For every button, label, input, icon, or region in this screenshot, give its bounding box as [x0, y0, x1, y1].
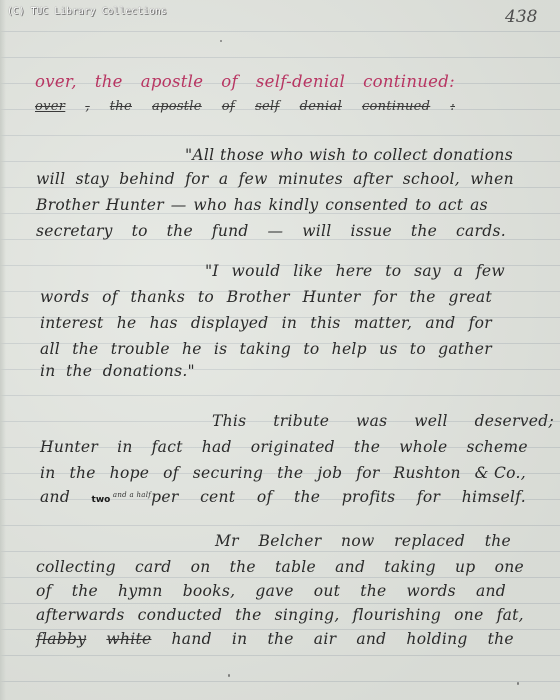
word: the	[360, 582, 386, 600]
red-title-line: over, the apostle of self-denial continu…	[35, 72, 455, 91]
word: donations	[433, 146, 513, 164]
word: fund	[212, 222, 249, 240]
word: table	[275, 558, 316, 576]
word: the	[66, 362, 92, 380]
word: and	[356, 630, 386, 648]
word: the	[409, 288, 435, 306]
word: help	[332, 340, 367, 358]
word: the	[235, 606, 261, 624]
word: words	[407, 582, 456, 600]
word: & Co.,	[475, 464, 526, 482]
word: Brother	[227, 288, 290, 306]
word: tribute	[273, 412, 329, 430]
word: collect	[374, 146, 428, 164]
text-line: allthetroubleheistakingtohelpustogather	[40, 340, 492, 358]
text-line: MrBelchernowreplacedthe	[215, 532, 511, 550]
word: in	[40, 362, 56, 380]
word: out	[314, 582, 340, 600]
word: securing	[193, 464, 263, 482]
struck-word: the	[110, 99, 132, 114]
word: he	[117, 314, 137, 332]
word: and	[476, 582, 506, 600]
word: words	[40, 288, 89, 306]
word: for	[185, 170, 208, 188]
word: great	[449, 288, 492, 306]
word: trouble	[111, 340, 170, 358]
text-line: ofthehymnbooks,gaveoutthewordsand	[36, 582, 506, 600]
word: in	[232, 630, 248, 648]
word: matter,	[354, 314, 412, 332]
text-line: "Iwouldlikeheretosayafew	[205, 262, 505, 280]
word: taking	[384, 558, 436, 576]
word: kindly	[269, 196, 319, 214]
word: "All	[185, 146, 214, 164]
text-line: flabbywhitehandintheairandholdingthe	[36, 630, 514, 648]
struck-word: flabby	[36, 630, 86, 648]
word: air	[314, 630, 337, 648]
word: This	[212, 412, 246, 430]
text-line: inthehopeofsecuringthejobforRushton& Co.…	[40, 464, 526, 482]
struck-word: denial	[300, 99, 342, 114]
word: us	[379, 340, 398, 358]
text-line: Thistributewaswelldeserved;	[212, 412, 554, 430]
word: originated	[251, 438, 335, 456]
word: of	[36, 582, 52, 600]
word-remainder: per	[151, 488, 178, 506]
word: scheme	[466, 438, 527, 456]
word: the	[69, 464, 95, 482]
word: and	[425, 314, 455, 332]
word: "I	[205, 262, 219, 280]
word: a	[219, 170, 229, 188]
word: well	[414, 412, 448, 430]
word: the	[267, 630, 293, 648]
word: for	[356, 464, 379, 482]
page-edge-shadow	[0, 0, 6, 700]
word: stay	[76, 170, 109, 188]
word: of	[163, 464, 179, 482]
struck-word: continued	[362, 99, 430, 114]
word: Hunter	[40, 438, 98, 456]
word: the	[411, 222, 437, 240]
word: who	[193, 196, 226, 214]
word: to	[410, 340, 426, 358]
word: profits	[342, 488, 396, 506]
word: thanks	[131, 288, 186, 306]
manuscript-page: (C) TUC Library Collections 438 over, th…	[0, 0, 560, 700]
word: cent	[200, 488, 235, 506]
word: in	[40, 464, 56, 482]
paper-speck	[220, 40, 222, 42]
word: collecting	[36, 558, 116, 576]
word: and	[335, 558, 365, 576]
paper-speck	[517, 682, 519, 685]
word: to	[198, 288, 214, 306]
word: donations."	[103, 362, 195, 380]
text-line: collectingcardonthetableandtakingupone	[36, 558, 524, 576]
word: job	[317, 464, 342, 482]
text-line: andtwo and a halfpercentoftheprofitsforh…	[40, 488, 526, 506]
word: to	[415, 196, 431, 214]
word: displayed	[191, 314, 269, 332]
word: school,	[403, 170, 460, 188]
word: the	[72, 340, 98, 358]
word: the	[485, 532, 511, 550]
word: minutes	[278, 170, 343, 188]
struck-title-line: over , the apostle of self denial contin…	[35, 99, 455, 114]
word: was	[356, 412, 387, 430]
word: this	[310, 314, 340, 332]
title-word: over,	[35, 72, 77, 91]
word: interest	[40, 314, 104, 332]
word: those	[220, 146, 264, 164]
word: now	[341, 532, 374, 550]
struck-word: ,	[85, 99, 89, 114]
text-line: inthedonations."	[40, 362, 195, 380]
word: hymn	[118, 582, 163, 600]
word: in	[282, 314, 298, 332]
word: one	[454, 606, 483, 624]
word: himself.	[462, 488, 526, 506]
word: —	[171, 196, 187, 214]
word: to	[385, 262, 401, 280]
word: cards.	[456, 222, 506, 240]
word: as	[470, 196, 488, 214]
text-line: "Allthosewhowishtocollectdonations	[185, 146, 513, 164]
struck-word: over	[35, 99, 65, 114]
struck-word: of	[222, 99, 235, 114]
paper-speck	[228, 674, 230, 677]
text-line: willstaybehindforafewminutesafterschool,…	[36, 170, 514, 188]
word: had	[202, 438, 232, 456]
word: like	[293, 262, 323, 280]
word: on	[191, 558, 211, 576]
word: card	[135, 558, 171, 576]
word: afterwards	[36, 606, 125, 624]
word: consented	[325, 196, 408, 214]
word: for	[417, 488, 440, 506]
word: conducted	[138, 606, 223, 624]
word: wish	[309, 146, 346, 164]
word: of	[257, 488, 273, 506]
word: for	[469, 314, 492, 332]
word: is	[214, 340, 228, 358]
word: act	[438, 196, 463, 214]
word: fact	[152, 438, 183, 456]
word: Belcher	[259, 532, 322, 550]
word: —	[268, 222, 284, 240]
word: after	[353, 170, 392, 188]
word: hope	[110, 464, 150, 482]
word: has	[234, 196, 262, 214]
word: gave	[255, 582, 293, 600]
word: the	[277, 464, 303, 482]
word: fat,	[497, 606, 524, 624]
word: all	[40, 340, 60, 358]
word: a	[454, 262, 464, 280]
word: few	[476, 262, 505, 280]
word: the	[230, 558, 256, 576]
word: to	[132, 222, 148, 240]
word: say	[414, 262, 441, 280]
word: the	[72, 582, 98, 600]
word: he	[182, 340, 202, 358]
word: singing,	[275, 606, 340, 624]
text-line: wordsofthankstoBrotherHunterforthegreat	[40, 288, 492, 306]
text-line: interesthehasdisplayedinthismatter,andfo…	[40, 314, 492, 332]
word: behind	[119, 170, 175, 188]
word: to	[352, 146, 368, 164]
word: taking	[240, 340, 292, 358]
word: Hunter	[106, 196, 164, 214]
word: issue	[350, 222, 392, 240]
word: the	[294, 488, 320, 506]
word: will	[302, 222, 331, 240]
title-word: continued:	[363, 72, 455, 91]
word: of	[102, 288, 118, 306]
word: Mr	[215, 532, 239, 550]
title-word: the	[95, 72, 123, 91]
word: for	[373, 288, 396, 306]
word: holding	[406, 630, 467, 648]
title-word: apostle	[141, 72, 204, 91]
word: hand	[172, 630, 212, 648]
word: the	[354, 438, 380, 456]
struck-word: apostle	[152, 99, 202, 114]
word: replaced	[394, 532, 465, 550]
word: the	[488, 630, 514, 648]
copyright-watermark: (C) TUC Library Collections	[7, 6, 167, 17]
text-line: afterwardsconductedthesinging,flourishin…	[36, 606, 524, 624]
word: will	[36, 170, 65, 188]
word: flourishing	[353, 606, 441, 624]
text-line: BrotherHunter—whohaskindlyconsentedtoact…	[36, 196, 488, 214]
word: Rushton	[394, 464, 461, 482]
struck-word: :	[450, 99, 455, 114]
word: has	[150, 314, 178, 332]
word: who	[270, 146, 303, 164]
word: secretary	[36, 222, 113, 240]
word: here	[336, 262, 373, 280]
word: two and a halfper	[92, 488, 179, 506]
text-line: secretarytothefund—willissuethecards.	[36, 222, 506, 240]
word: whole	[399, 438, 447, 456]
page-number: 438	[505, 7, 537, 27]
word: and	[40, 488, 70, 506]
word: one	[495, 558, 524, 576]
struck-word: self	[255, 99, 280, 114]
word: Brother	[36, 196, 99, 214]
word: up	[455, 558, 476, 576]
word: to	[303, 340, 319, 358]
word: would	[232, 262, 281, 280]
title-word: self-denial	[256, 72, 345, 91]
word: when	[470, 170, 514, 188]
struck-word: white	[106, 630, 151, 648]
title-word: of	[221, 72, 238, 91]
word: the	[167, 222, 193, 240]
word: deserved;	[475, 412, 554, 430]
typed-insertion: two	[92, 495, 111, 505]
word: books,	[183, 582, 236, 600]
word: in	[117, 438, 133, 456]
text-line: Hunterinfacthadoriginatedthewholescheme	[40, 438, 528, 456]
word: Hunter	[303, 288, 361, 306]
word: few	[239, 170, 268, 188]
handwritten-insertion: and a half	[110, 491, 151, 499]
word: gather	[438, 340, 492, 358]
